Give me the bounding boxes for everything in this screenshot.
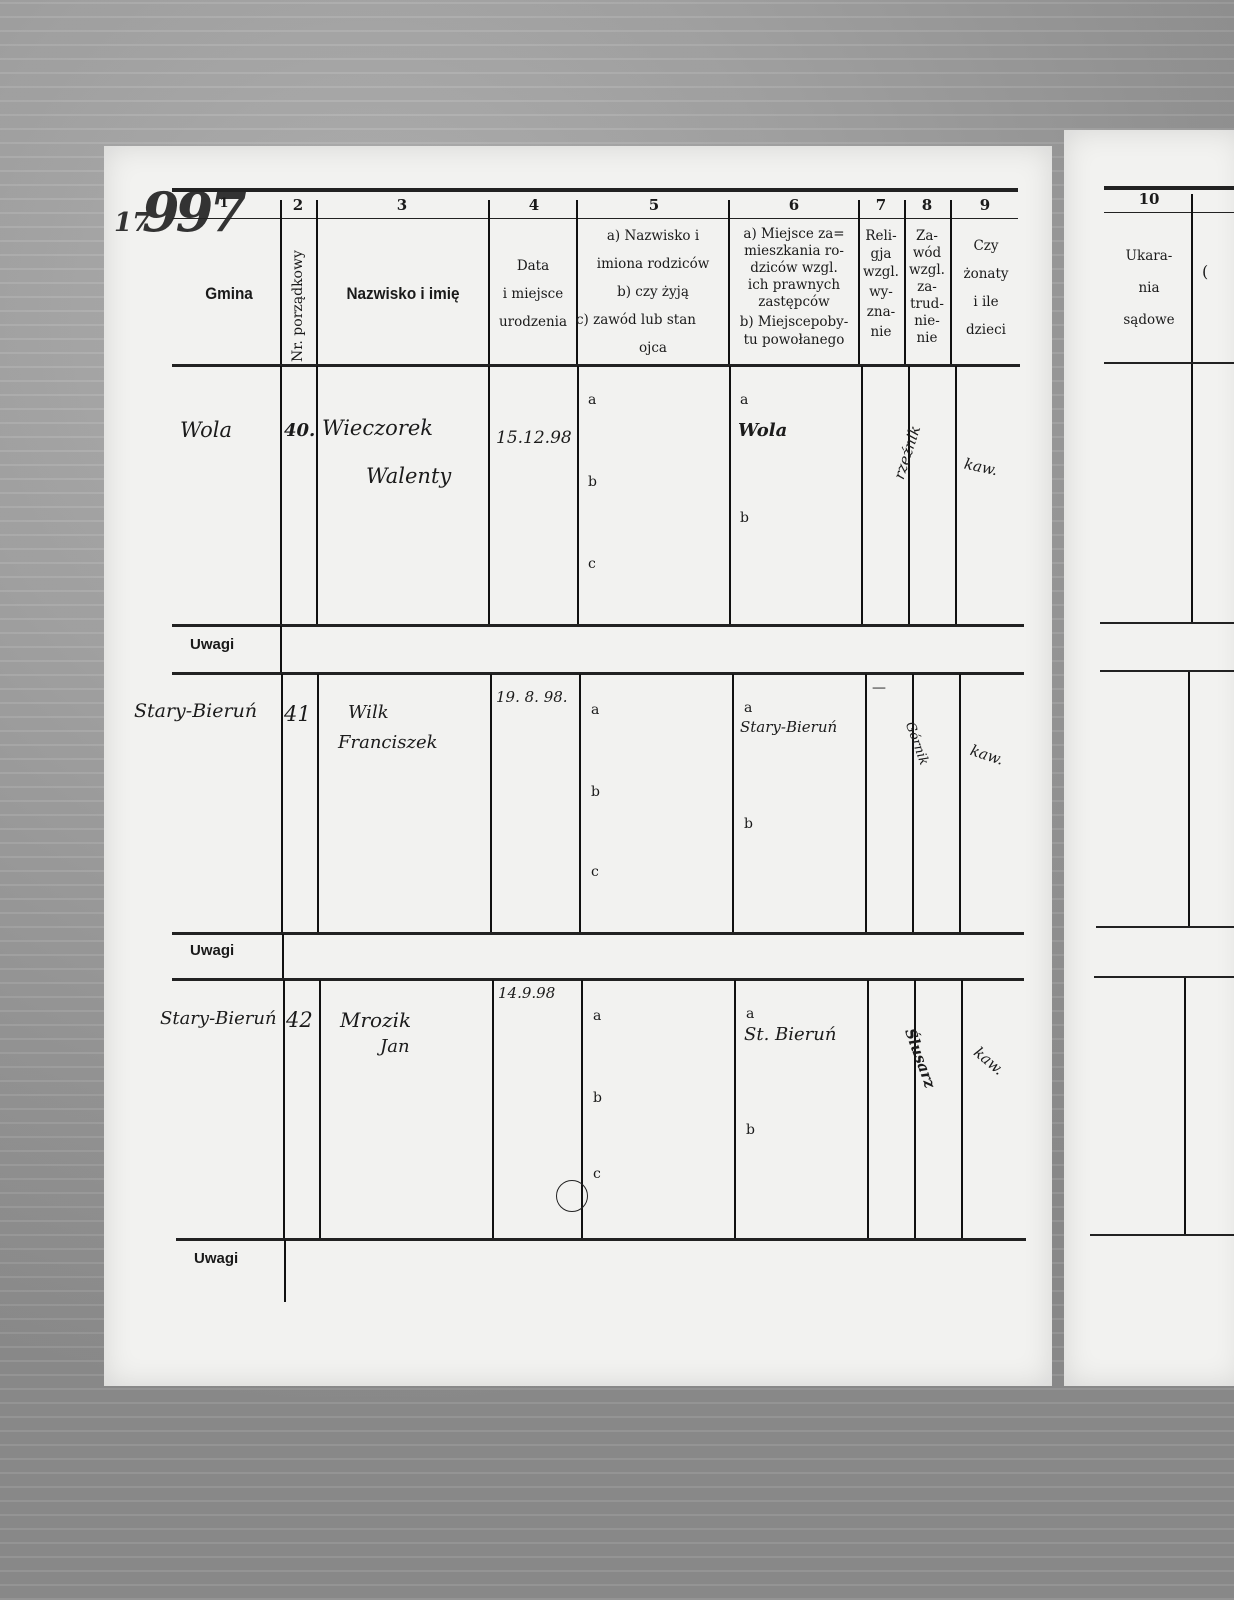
column-number-6: 6 <box>730 196 858 214</box>
entry-occupation: Ślusarz <box>901 1026 939 1090</box>
entry-occupation: rzeźnik <box>890 423 924 481</box>
entry-parents-residence: Stary-Bieruń <box>740 718 837 736</box>
header-col8-line6: nie- <box>904 313 950 330</box>
sub-label-c: c <box>593 1166 601 1182</box>
header-col6-line1: a) Miejsce za= <box>730 226 858 243</box>
header-col8-line7: nie <box>904 330 950 347</box>
header-col5-line1: a) Nazwisko i <box>578 228 728 245</box>
sub-label-b: b <box>593 1090 602 1106</box>
header-col9-line1: Czy <box>952 238 1020 255</box>
entry-nr: 41 <box>284 702 311 726</box>
sub-label-b: b <box>744 816 753 832</box>
entry-birth-date: 15.12.98 <box>496 428 572 448</box>
header-col5-line4: c) zawód lub stan <box>576 312 730 329</box>
header-col8-line2: wód <box>904 245 950 262</box>
entry-birth-date: 19. 8. 98. <box>496 688 568 706</box>
sub-label-b: b <box>591 784 600 800</box>
column-number-2: 2 <box>280 196 316 214</box>
header-col7-line2: gja <box>858 246 904 263</box>
header-col5-line3: b) czy żyją <box>578 284 728 301</box>
entry-birth-date: 14.9.98 <box>498 984 555 1002</box>
sub-label-a: a <box>588 392 596 408</box>
entry-gmina: Wola <box>180 418 232 442</box>
entry-gmina: Stary-Bieruń <box>160 1008 277 1029</box>
header-col7-line3: wzgl. <box>858 264 904 281</box>
header-col9-line2: żonaty <box>952 266 1020 283</box>
sub-label-c: c <box>591 864 599 880</box>
entry-gmina: Stary-Bieruń <box>134 700 257 722</box>
entry-surname: Wilk <box>348 702 389 723</box>
header-col6-line3: dziców wzgl. <box>730 260 858 277</box>
header-col8-line5: trud- <box>904 296 950 313</box>
sub-label-a: a <box>744 700 752 716</box>
entry-nr: 42 <box>286 1008 313 1032</box>
header-col5-line2: imiona rodziców <box>578 256 728 273</box>
sub-label-b: b <box>746 1122 755 1138</box>
header-col4-line1: Data <box>490 258 576 275</box>
header-col7-line6: nie <box>858 324 904 341</box>
column-number-9: 9 <box>950 196 1020 214</box>
header-col10-line3: sądowe <box>1104 312 1194 329</box>
sub-label-b: b <box>588 474 597 490</box>
cut-off-header-text: ( <box>1202 262 1208 281</box>
entry-given-name: Walenty <box>366 464 451 488</box>
entry-parents-residence: Wola <box>738 420 787 441</box>
column-number-7: 7 <box>858 196 904 214</box>
header-col8-line1: Za- <box>904 228 950 245</box>
entry-given-name: Jan <box>380 1036 410 1057</box>
header-col9-line3: i ile <box>952 294 1020 311</box>
sub-label-a: a <box>591 702 599 718</box>
entry-marital-status: kaw. <box>968 741 1006 769</box>
header-col4-line2: i miejsce <box>490 286 576 303</box>
sub-label-a: a <box>740 392 748 408</box>
header-col6-line6: b) Miejscepoby- <box>728 314 860 331</box>
register-page: 17 997 1 2 3 4 5 6 7 8 9 Gmina Nr. porzą… <box>104 146 1052 1386</box>
header-col10-line1: Ukara- <box>1104 248 1194 265</box>
entry-surname: Wieczorek <box>322 416 433 440</box>
header-col6-line7: tu powołanego <box>728 332 860 349</box>
entry-occupation: Górnik <box>902 720 931 767</box>
circle-mark <box>556 1180 588 1212</box>
entry-given-name: Franciszek <box>338 732 438 753</box>
column-number-5: 5 <box>578 196 730 214</box>
sub-label-a: a <box>746 1006 754 1022</box>
header-col4-line3: urodzenia <box>490 314 576 331</box>
header-col7-line5: zna- <box>858 304 904 321</box>
column-number-8: 8 <box>904 196 950 214</box>
entry-surname: Mrozik <box>340 1008 411 1032</box>
header-col8-line4: za- <box>904 279 950 296</box>
header-nr-porzadkowy: Nr. porządkowy <box>290 250 306 362</box>
sub-label-c: c <box>588 556 596 572</box>
header-col6-line4: ich prawnych <box>730 277 858 294</box>
header-col6-line5: zastępców <box>730 294 858 311</box>
header-col5-line5: ojca <box>578 340 728 357</box>
header-col10-line2: nia <box>1104 280 1194 297</box>
entry-marital-status: kaw. <box>962 455 999 480</box>
entry-marital-status: kaw. <box>970 1043 1008 1079</box>
column-number-4: 4 <box>490 196 578 214</box>
remarks-label: Uwagi <box>190 942 234 959</box>
remarks-label: Uwagi <box>194 1250 238 1267</box>
column-number-3: 3 <box>316 196 488 214</box>
header-col6-line2: mieszkania ro- <box>730 243 858 260</box>
column-number-1: 1 <box>204 196 244 211</box>
column-number-10: 10 <box>1114 190 1184 208</box>
sub-label-a: a <box>593 1008 601 1024</box>
remarks-label: Uwagi <box>190 636 234 653</box>
header-col9-line4: dzieci <box>952 322 1020 339</box>
header-gmina: Gmina <box>189 284 270 304</box>
header-col8-line3: wzgl. <box>904 262 950 279</box>
header-col7-line1: Reli- <box>858 228 904 245</box>
header-nazwisko-imie: Nazwisko i imię <box>327 284 480 304</box>
sub-label-b: b <box>740 510 749 526</box>
entry-nr: 40. <box>284 420 315 441</box>
entry-parents-residence: St. Bieruń <box>744 1024 836 1045</box>
entry-religion: — <box>872 680 886 696</box>
right-page-fragment: 10 Ukara- nia sądowe ( <box>1064 130 1234 1386</box>
header-col7-line4: wy- <box>858 284 904 301</box>
